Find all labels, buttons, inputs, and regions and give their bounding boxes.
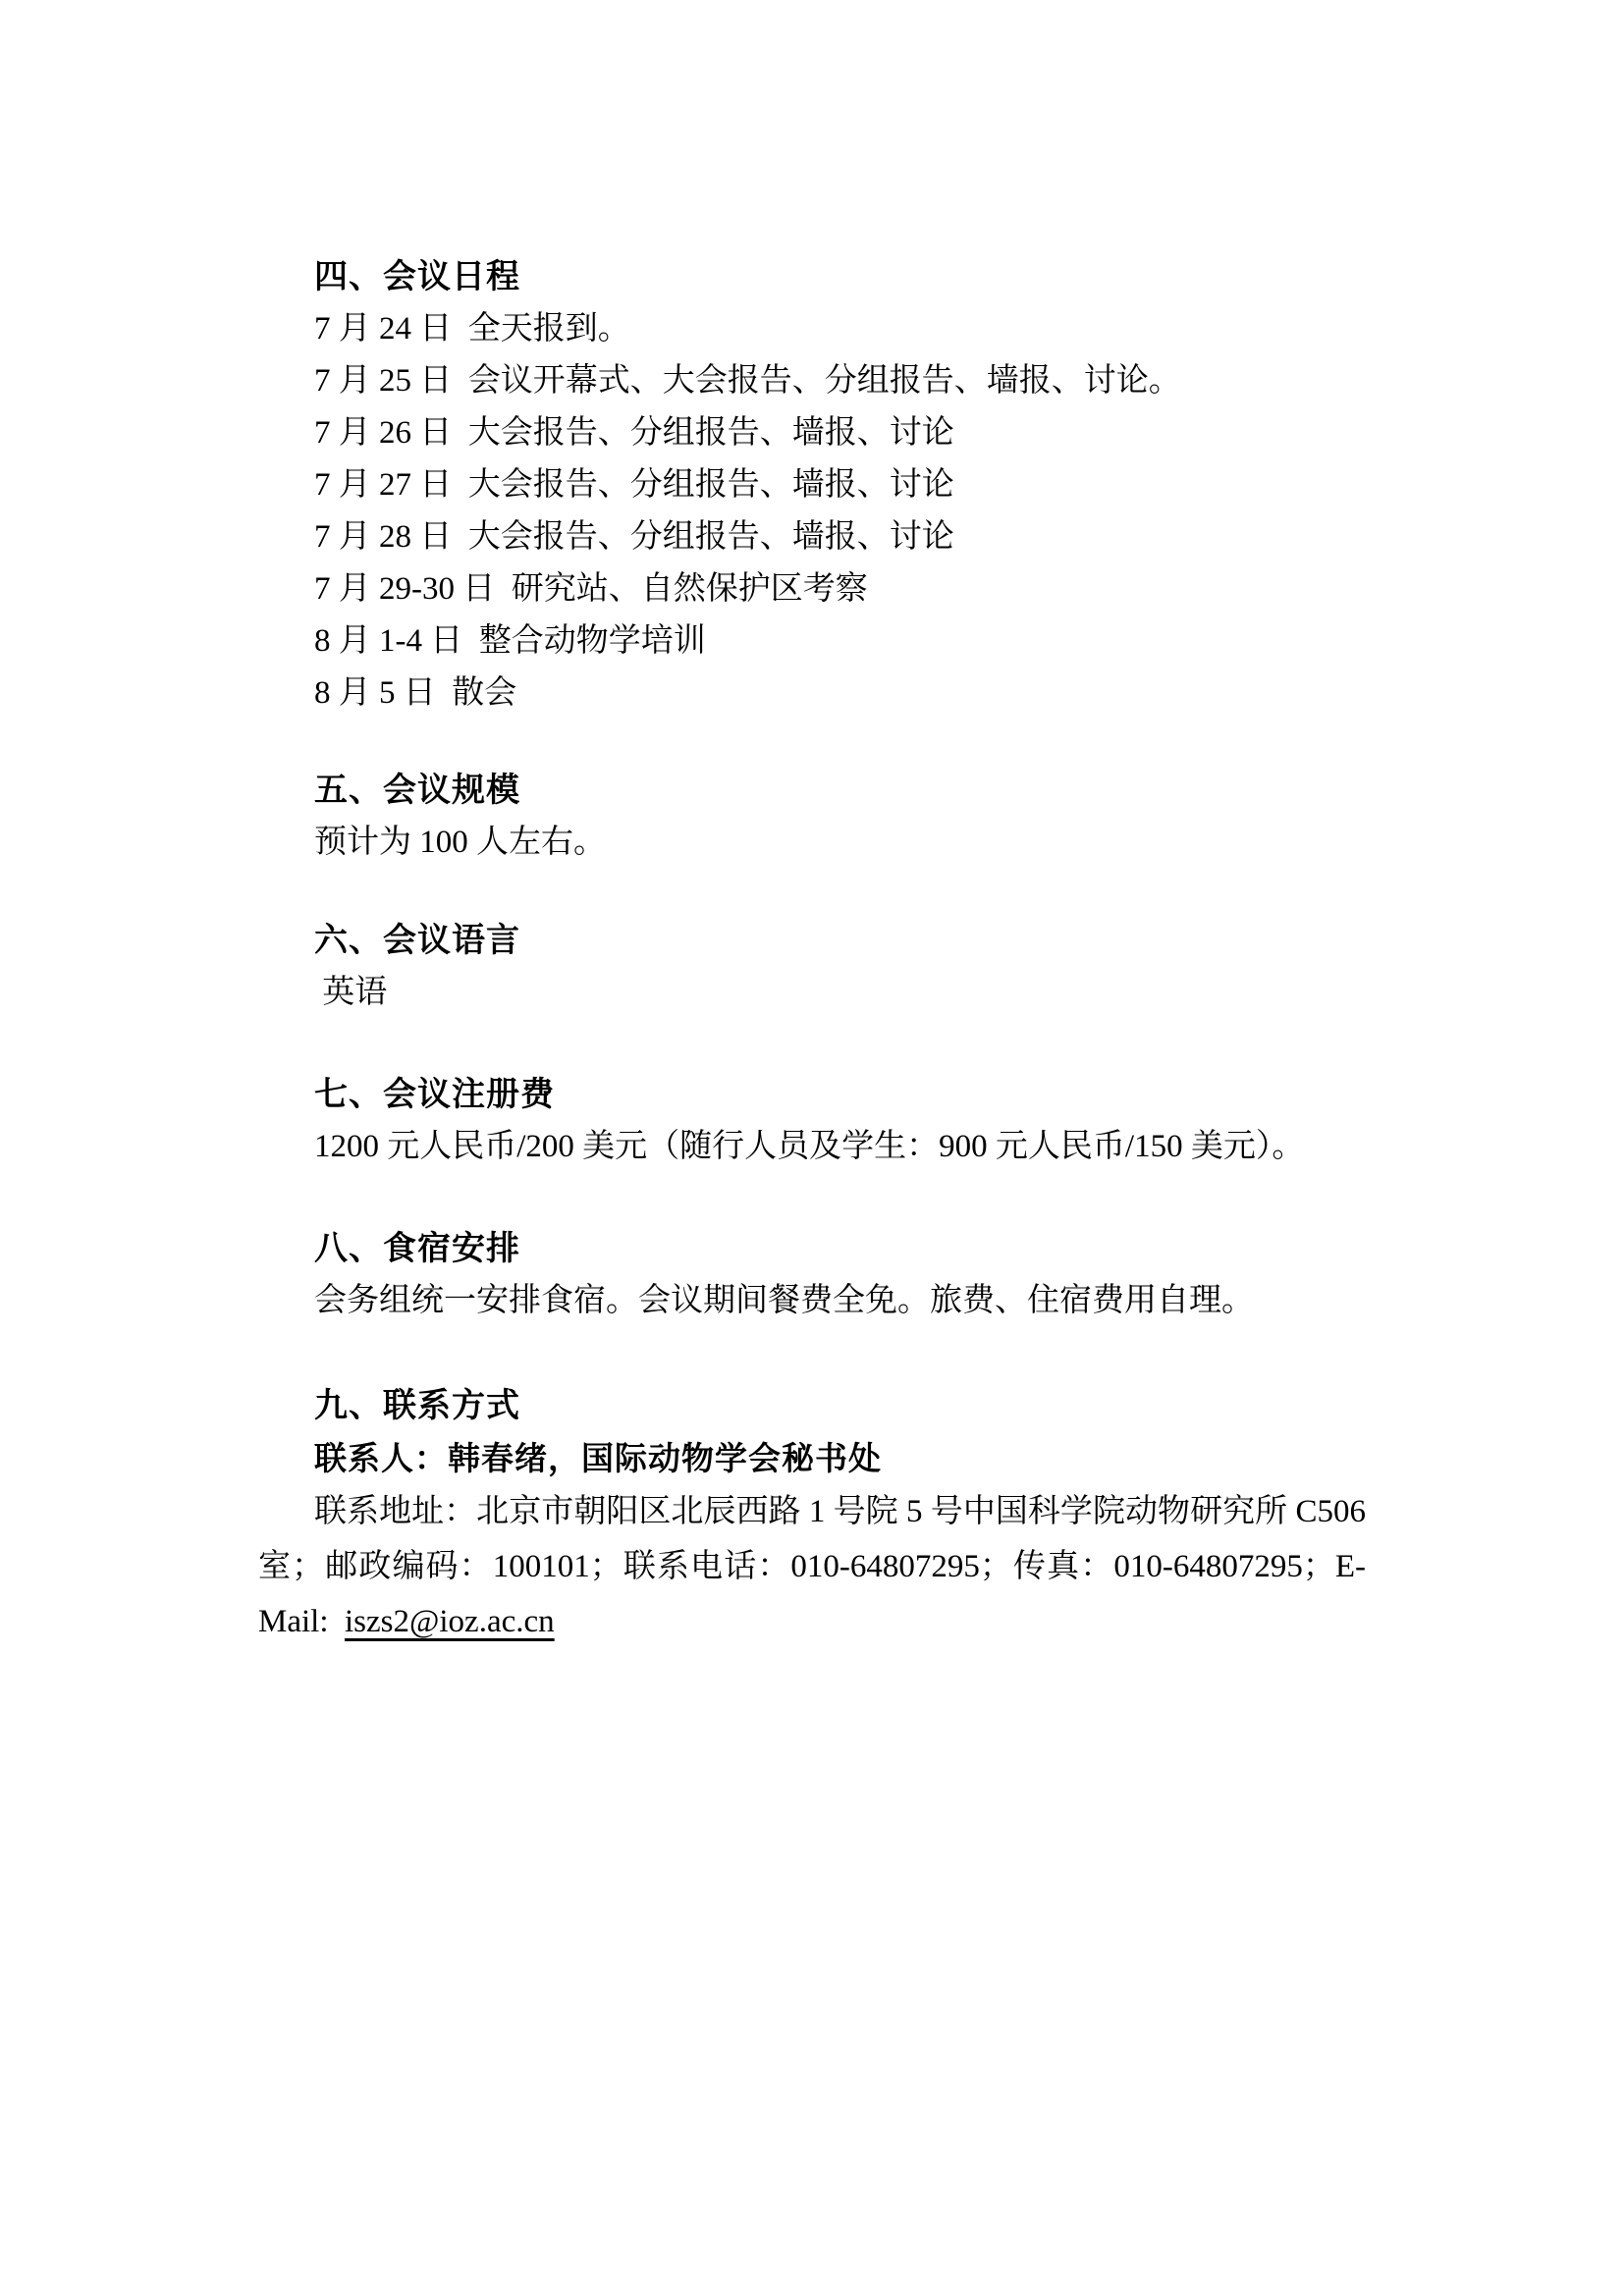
section-schedule: 四、会议日程 7 月 24 日 全天报到。 7 月 25 日 会议开幕式、大会报… [258,251,1366,720]
section-heading-schedule: 四、会议日程 [258,251,1366,303]
section-heading-accommodation: 八、食宿安排 [258,1223,1366,1275]
body-line: 会务组统一安排食宿。会议期间餐费全免。旅费、住宿费用自理。 [258,1275,1366,1327]
section-heading-registration-fee: 七、会议注册费 [258,1069,1366,1121]
section-accommodation: 八、食宿安排 会务组统一安排食宿。会议期间餐费全免。旅费、住宿费用自理。 [258,1223,1366,1327]
schedule-line: 7 月 28 日 大会报告、分组报告、墙报、讨论 [258,511,1366,563]
contact-person-line: 联系人：韩春绪，国际动物学会秘书处 [258,1432,1366,1484]
section-heading-language: 六、会议语言 [258,915,1366,967]
document-page: 四、会议日程 7 月 24 日 全天报到。 7 月 25 日 会议开幕式、大会报… [0,0,1624,2296]
section-heading-scale: 五、会议规模 [258,765,1366,817]
section-language: 六、会议语言 英语 [258,915,1366,1019]
section-scale: 五、会议规模 预计为 100 人左右。 [258,765,1366,869]
schedule-line: 7 月 29-30 日 研究站、自然保护区考察 [258,563,1366,615]
schedule-line: 7 月 24 日 全天报到。 [258,303,1366,355]
section-registration-fee: 七、会议注册费 1200 元人民币/200 美元（随行人员及学生：900 元人民… [258,1069,1366,1173]
schedule-line: 7 月 27 日 大会报告、分组报告、墙报、讨论 [258,459,1366,511]
section-contact: 九、联系方式 联系人：韩春绪，国际动物学会秘书处 联系地址：北京市朝阳区北辰西路… [258,1380,1366,1649]
schedule-line: 7 月 25 日 会议开幕式、大会报告、分组报告、墙报、讨论。 [258,355,1366,407]
body-line: 1200 元人民币/200 美元（随行人员及学生：900 元人民币/150 美元… [258,1121,1366,1173]
section-heading-contact: 九、联系方式 [258,1380,1366,1432]
schedule-line: 8 月 5 日 散会 [258,667,1366,720]
address-line-1: 联系地址：北京市朝阳区北辰西路 1 号院 5 号中国科学院动物研究所 C506 [258,1484,1366,1539]
schedule-line: 7 月 26 日 大会报告、分组报告、墙报、讨论 [258,407,1366,459]
body-line: 英语 [258,967,1366,1019]
address-line-2: 室；邮政编码：100101；联系电话：010-64807295；传真：010-6… [258,1539,1366,1594]
schedule-line: 8 月 1-4 日 整合动物学培训 [258,615,1366,667]
email-prefix: Mail: [258,1604,345,1639]
body-line: 预计为 100 人左右。 [258,817,1366,869]
email-line: Mail: iszs2@ioz.ac.cn [258,1594,1366,1649]
email-link[interactable]: iszs2@ioz.ac.cn [345,1604,555,1639]
